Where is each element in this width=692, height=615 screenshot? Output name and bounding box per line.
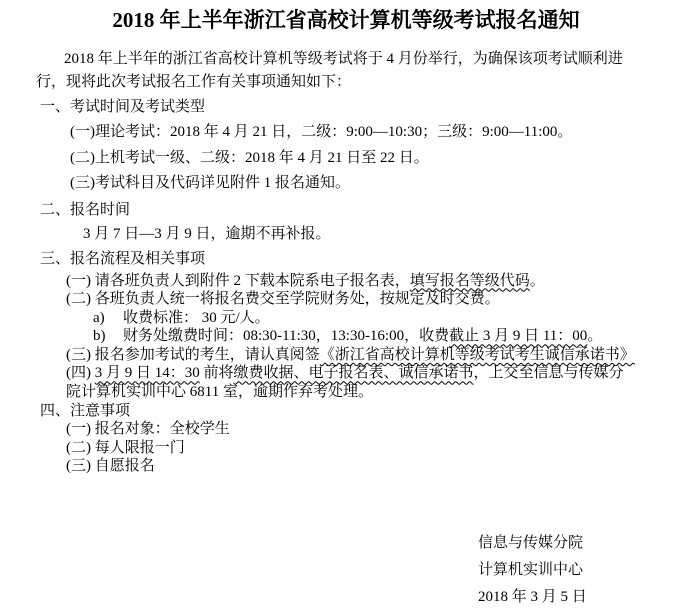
section3-item-1-end: 。 — [530, 273, 545, 289]
section4-item-1: (一) 报名对象：全校学生 — [66, 420, 692, 439]
section4-heading: 四、注意事项 — [40, 402, 692, 421]
section3-item-2b-text: 财务处缴费时间：08:30-11:30，13:30-16:00，收费 — [123, 328, 449, 344]
section3-item-4-suffix: ，上交至信息与传媒分 — [474, 365, 624, 381]
section3-item-4-deadline: 3 月 9 日 14：30 — [95, 365, 200, 381]
section3-item-4-prefix: (四) — [66, 365, 95, 381]
section3-item-4-mid: 前将 — [200, 365, 234, 381]
section3-item-2a: a)收费标准： 30 元/人。 — [93, 309, 692, 328]
section3-item-1-text: (一) 请各班负责人到附件 2 下载本院系电子报名表， — [66, 273, 410, 289]
section3-heading: 三、报名流程及相关事项 — [40, 246, 692, 272]
section1-item-2: (二)上机考试一级、二级：2018 年 4 月 21 日至 22 日。 — [70, 146, 692, 172]
section4-item-2: (二) 每人限报一门 — [66, 439, 692, 458]
section3-item-4-line-1: (四) 3 月 9 日 14：30 前将缴费收据、电子报名表、诚信承诺书，上交至… — [66, 364, 692, 383]
intro-line-2: 行，现将此次考试报名工作有关事项通知如下： — [36, 71, 656, 94]
document-title: 2018 年上半年浙江省高校计算机等级考试报名通知 — [0, 0, 692, 32]
section2-body: 3 月 7 日—3 月 9 日，逾期不再补报。 — [83, 223, 692, 246]
section3-item-1-emphasis: 填写报名等级代码 — [410, 273, 530, 289]
signature-block: 信息与传媒分院 计算机实训中心 2018 年 3 月 5 日 — [478, 530, 692, 611]
section3-item-4-documents: 缴费收据、电子报名表、诚信承诺书 — [234, 365, 474, 381]
section3-item-3: (三) 报名参加考试的考生，请认真阅签《浙江省高校计算机等级考试考生诚信承诺书》 — [66, 346, 692, 365]
section1-item-1: (一)理论考试：2018 年 4 月 21 日，二级：9:00—10:30；三级… — [70, 120, 692, 146]
list-marker-b: b) — [93, 327, 123, 346]
section3-item-3-text: (三) 报名参加考试的考生，请认真阅签 — [66, 347, 320, 363]
intro-line-1: 2018 年上半年的浙江省高校计算机等级考试将于 4 月份举行，为确保该项考试顺… — [36, 48, 656, 71]
list-marker-a: a) — [93, 309, 123, 328]
section3-item-4-line-2: 院计算机实训中心 6811 室，逾期作弃考处理。 — [66, 383, 692, 402]
signature-org-line-2: 计算机实训中心 — [478, 557, 692, 584]
section3-item-2b: b)财务处缴费时间：08:30-11:30，13:30-16:00，收费截止 3… — [93, 327, 692, 346]
section3-item-2b-end: 。 — [587, 328, 602, 344]
signature-org-line-1: 信息与传媒分院 — [478, 530, 692, 557]
notice-document-page: 2018 年上半年浙江省高校计算机等级考试报名通知 2018 年上半年的浙江省高… — [0, 0, 692, 615]
section3-item-1: (一) 请各班负责人到附件 2 下载本院系电子报名表，填写报名等级代码。 — [66, 272, 692, 291]
section1-heading: 一、考试时间及考试类型 — [40, 94, 692, 120]
signature-date: 2018 年 3 月 5 日 — [478, 584, 692, 611]
section3-item-3-book-title: 《浙江省高校计算机等级考试考生诚信承诺书》 — [320, 347, 635, 363]
section1-item-3: (三)考试科目及代码详见附件 1 报名通知。 — [70, 171, 692, 197]
section3-item-2: (二) 各班负责人统一将报名费交至学院财务处，按规定及时交费。 — [66, 290, 692, 309]
section4-item-3: (三) 自愿报名 — [66, 457, 692, 476]
section3-item-2a-text: 收费标准： 30 元/人。 — [123, 310, 270, 326]
intro-paragraph: 2018 年上半年的浙江省高校计算机等级考试将于 4 月份举行，为确保该项考试顺… — [36, 48, 656, 94]
section3-item-2b-emphasis: 截止 3 月 9 日 11：00 — [449, 328, 587, 344]
section2-heading: 二、报名时间 — [40, 197, 692, 223]
